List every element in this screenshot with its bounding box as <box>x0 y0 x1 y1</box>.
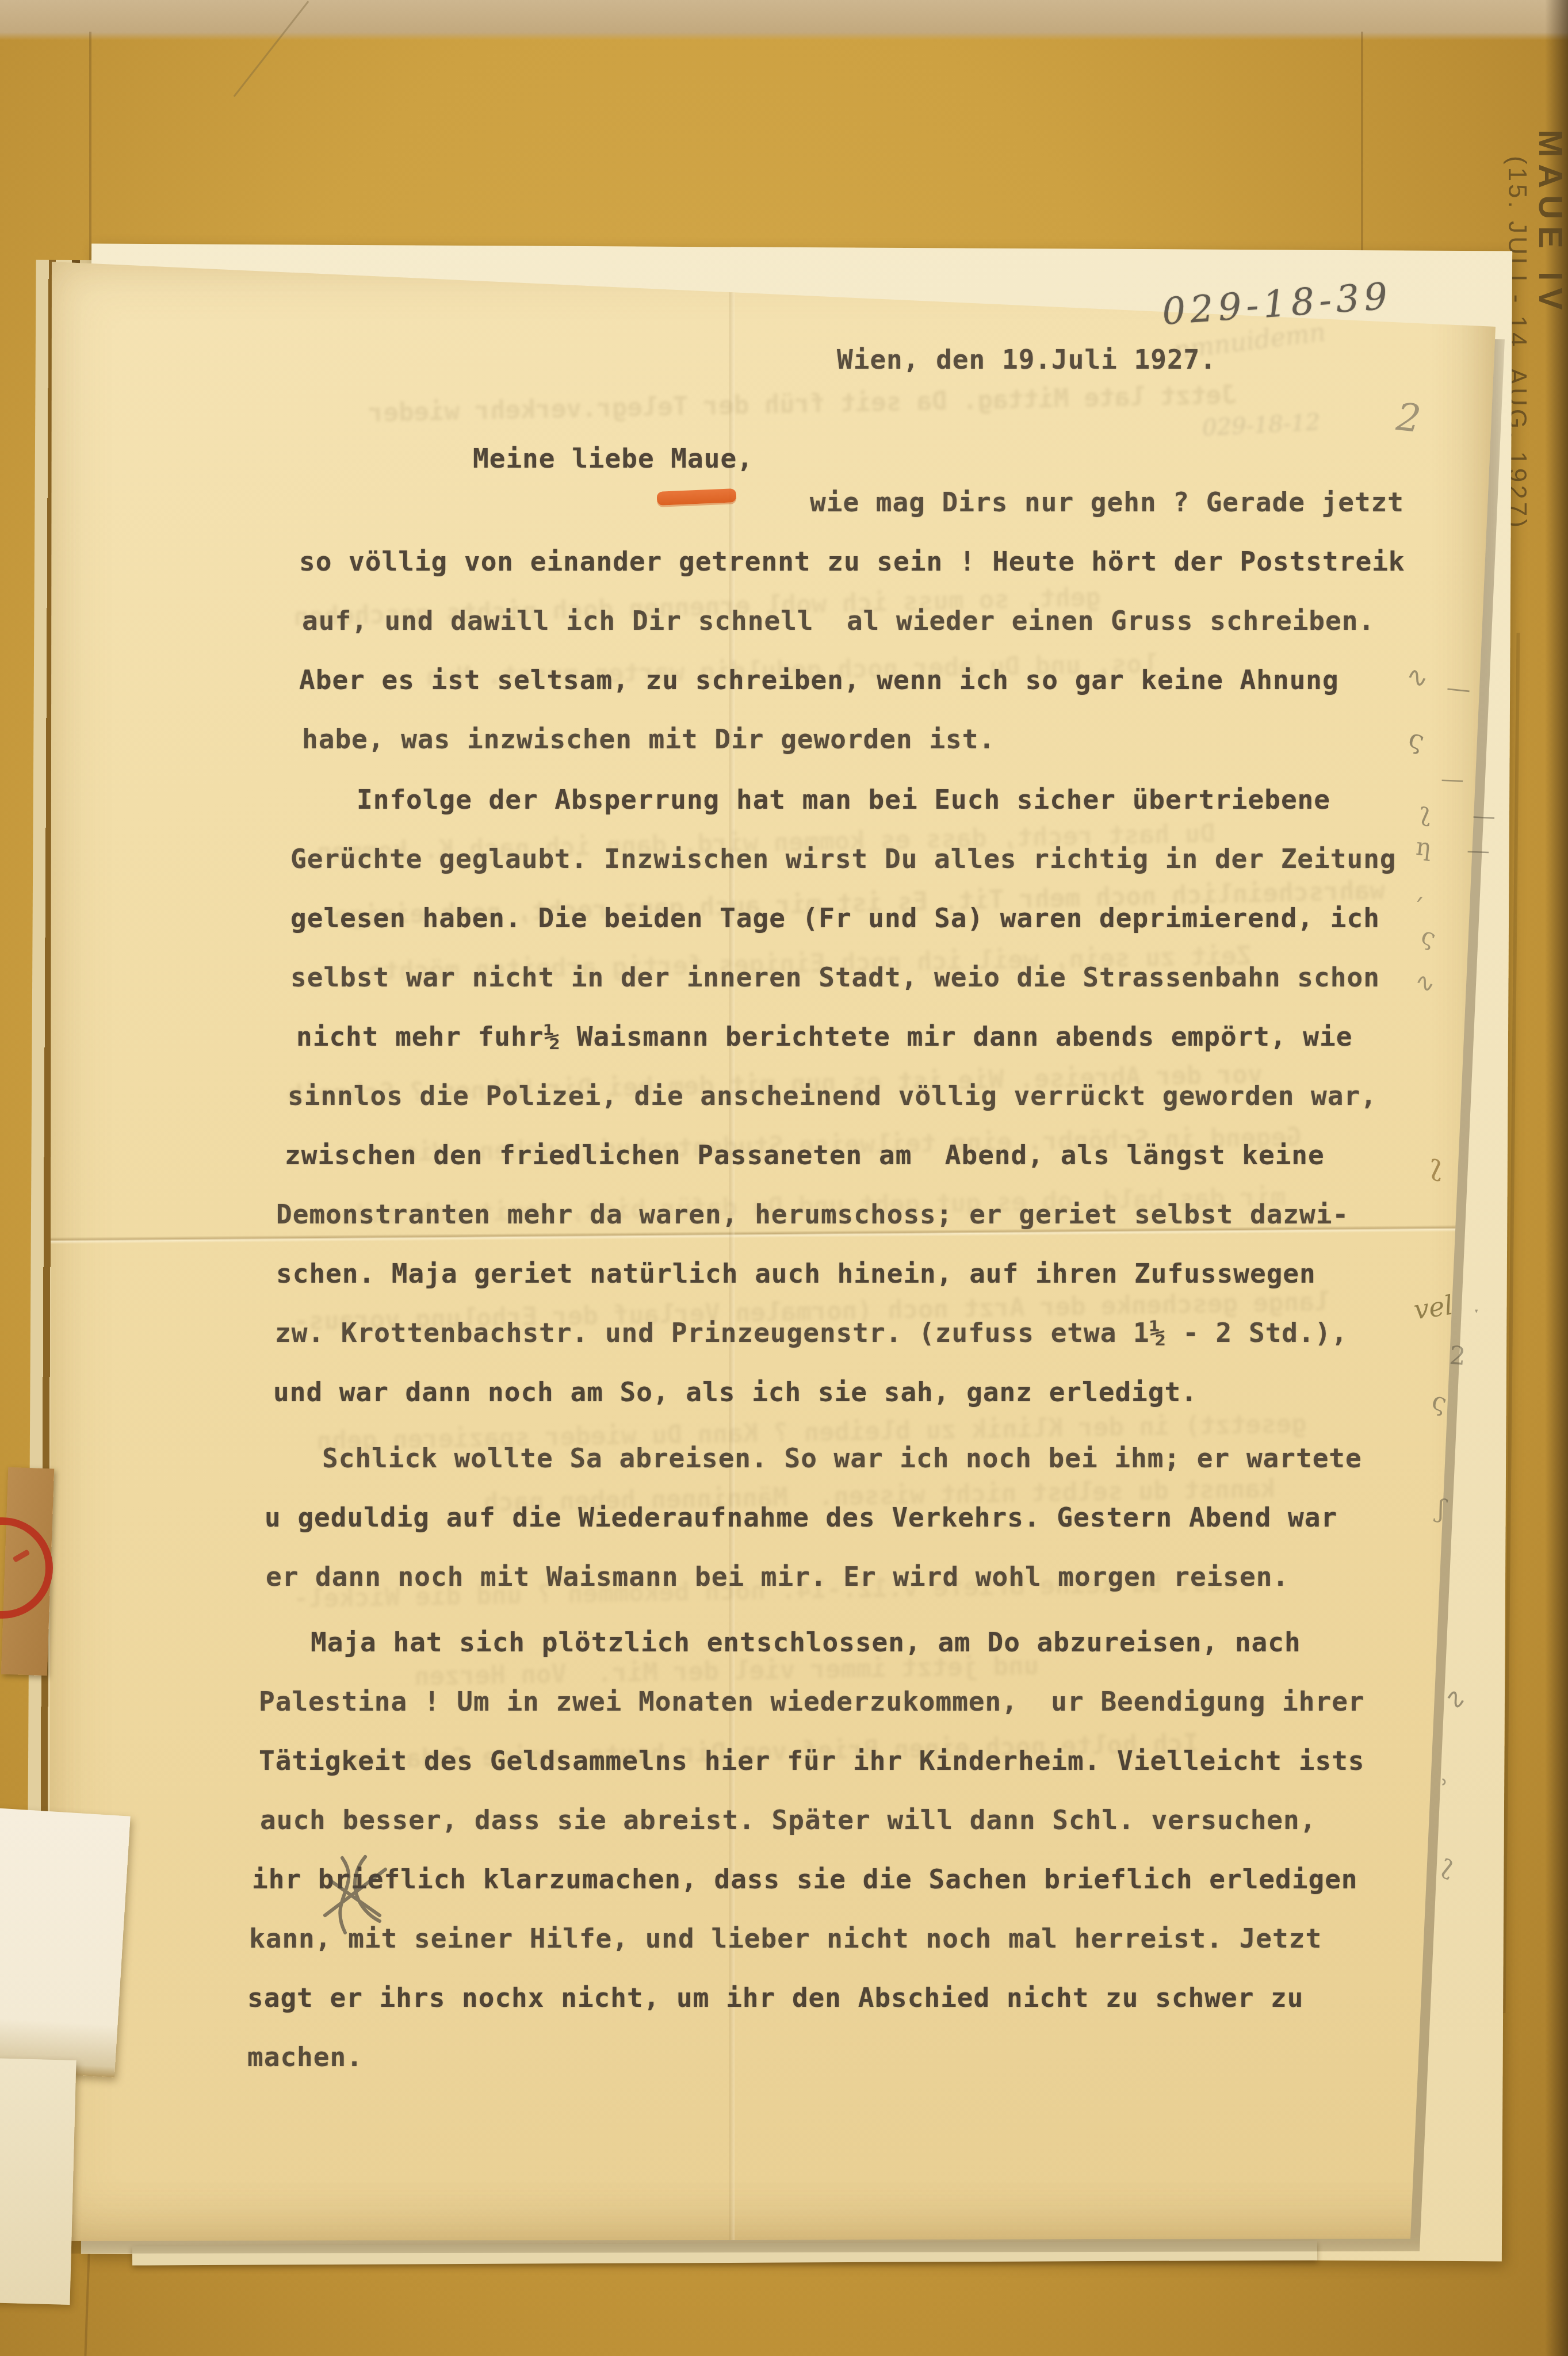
typed-line: ihr brieflich klarzumachen, dass sie die… <box>252 1859 1358 1899</box>
typed-line: auf, und dawill ich Dir schnell al wiede… <box>302 601 1375 641</box>
typed-line: sagt er ihrs nochx nicht, um ihr den Abs… <box>247 1978 1303 2018</box>
typed-line: Demonstranten mehr da waren, herumschoss… <box>276 1194 1349 1234</box>
letter-page: Jetzt late Mittag. Da seit früh der Tele… <box>46 253 1501 2249</box>
margin-mark: — <box>1466 837 1490 864</box>
margin-mark: ƞ <box>1415 832 1433 862</box>
salutation-pre: Meine liebe <box>473 443 671 474</box>
typed-line: auch besser, dass sie abreist. Später wi… <box>260 1800 1316 1840</box>
dateline: Wien, den 19.Juli 1927. <box>837 339 1217 380</box>
pencil-scribble-over-word <box>311 1846 408 1938</box>
typed-line: zw. Krottenbachstr. und Prinzeugenstr. (… <box>275 1313 1348 1353</box>
typed-line: habe, was inzwischen mit Dir geworden is… <box>302 719 995 759</box>
white-sheet-stack <box>0 1808 131 2078</box>
margin-mark: vel <box>1412 1290 1455 1326</box>
white-sheet-stack <box>0 2058 77 2305</box>
typed-line: Aber es ist seltsam, zu schreiben, wenn … <box>299 660 1339 700</box>
typed-line: Palestina ! Um in zwei Monaten wiederzuk… <box>259 1681 1365 1722</box>
typed-line: machen. <box>247 2037 363 2077</box>
board-crease <box>89 32 91 273</box>
folder-label-vertical: MAUE IV (15. JULI - 14. AUG. 1927) <box>1502 129 1568 1136</box>
typed-line: gelesen haben. Die beiden Tage (Fr und S… <box>290 898 1380 938</box>
typed-line: sinnlos die Polizei, die anscheinend völ… <box>288 1076 1377 1116</box>
margin-mark: ˊ <box>1412 895 1425 924</box>
margin-mark: ˑ <box>1473 1299 1480 1325</box>
margin-mark: — <box>1440 766 1464 793</box>
typed-line: Infolge der Absperrung hat man bei Euch … <box>357 779 1330 820</box>
typed-line: Schlick wollte Sa abreisen. So war ich n… <box>322 1438 1362 1478</box>
typed-line: schen. Maja geriet natürlich auch hinein… <box>276 1253 1316 1294</box>
margin-mark: 2 <box>1448 1341 1467 1371</box>
typed-line: nicht mehr fuhr½ Waismann berichtete mir… <box>296 1016 1352 1057</box>
typed-line: u geduldig auf die Wiederaufnahme des Ve… <box>265 1497 1337 1537</box>
typed-line: so völlig von einander getrennt zu sein … <box>299 541 1405 582</box>
typed-line: zwischen den friedlichen Passaneten am A… <box>285 1135 1325 1175</box>
margin-mark: — <box>1472 802 1496 830</box>
typed-line: wie mag Dirs nur gehn ? Gerade jetzt <box>810 482 1404 522</box>
folder-title: MAUE IV <box>1531 129 1568 1136</box>
typed-line: Maja hat sich plötzlich entschlossen, am… <box>311 1622 1301 1662</box>
typed-line: Gerüchte geglaubt. Inzwischen wirst Du a… <box>290 839 1397 879</box>
archived-letter-photograph: MAUE IV (15. JULI - 14. AUG. 1927) Jetzt… <box>0 0 1568 2356</box>
typed-line: und war dann noch am So, als ich sie sah… <box>273 1372 1198 1412</box>
top-shadow-band <box>0 0 1568 40</box>
typed-line: kann, mit seiner Hilfe, und lieber nicht… <box>249 1918 1322 1959</box>
margin-mark: — <box>1445 673 1473 703</box>
salutation-line: Meine liebe Maue, <box>473 438 754 479</box>
margin-mark: ʾ <box>1441 1775 1449 1804</box>
typed-line: Tätigkeit des Geldsammelns hier für ihr … <box>259 1741 1365 1781</box>
typed-line: er dann noch mit Waismann bei mir. Er wi… <box>266 1556 1289 1597</box>
page-number-handwritten: 2 <box>1394 395 1423 441</box>
typed-line: selbst war nicht in der inneren Stadt, w… <box>290 957 1380 997</box>
salutation-name: Maue, <box>671 438 753 479</box>
